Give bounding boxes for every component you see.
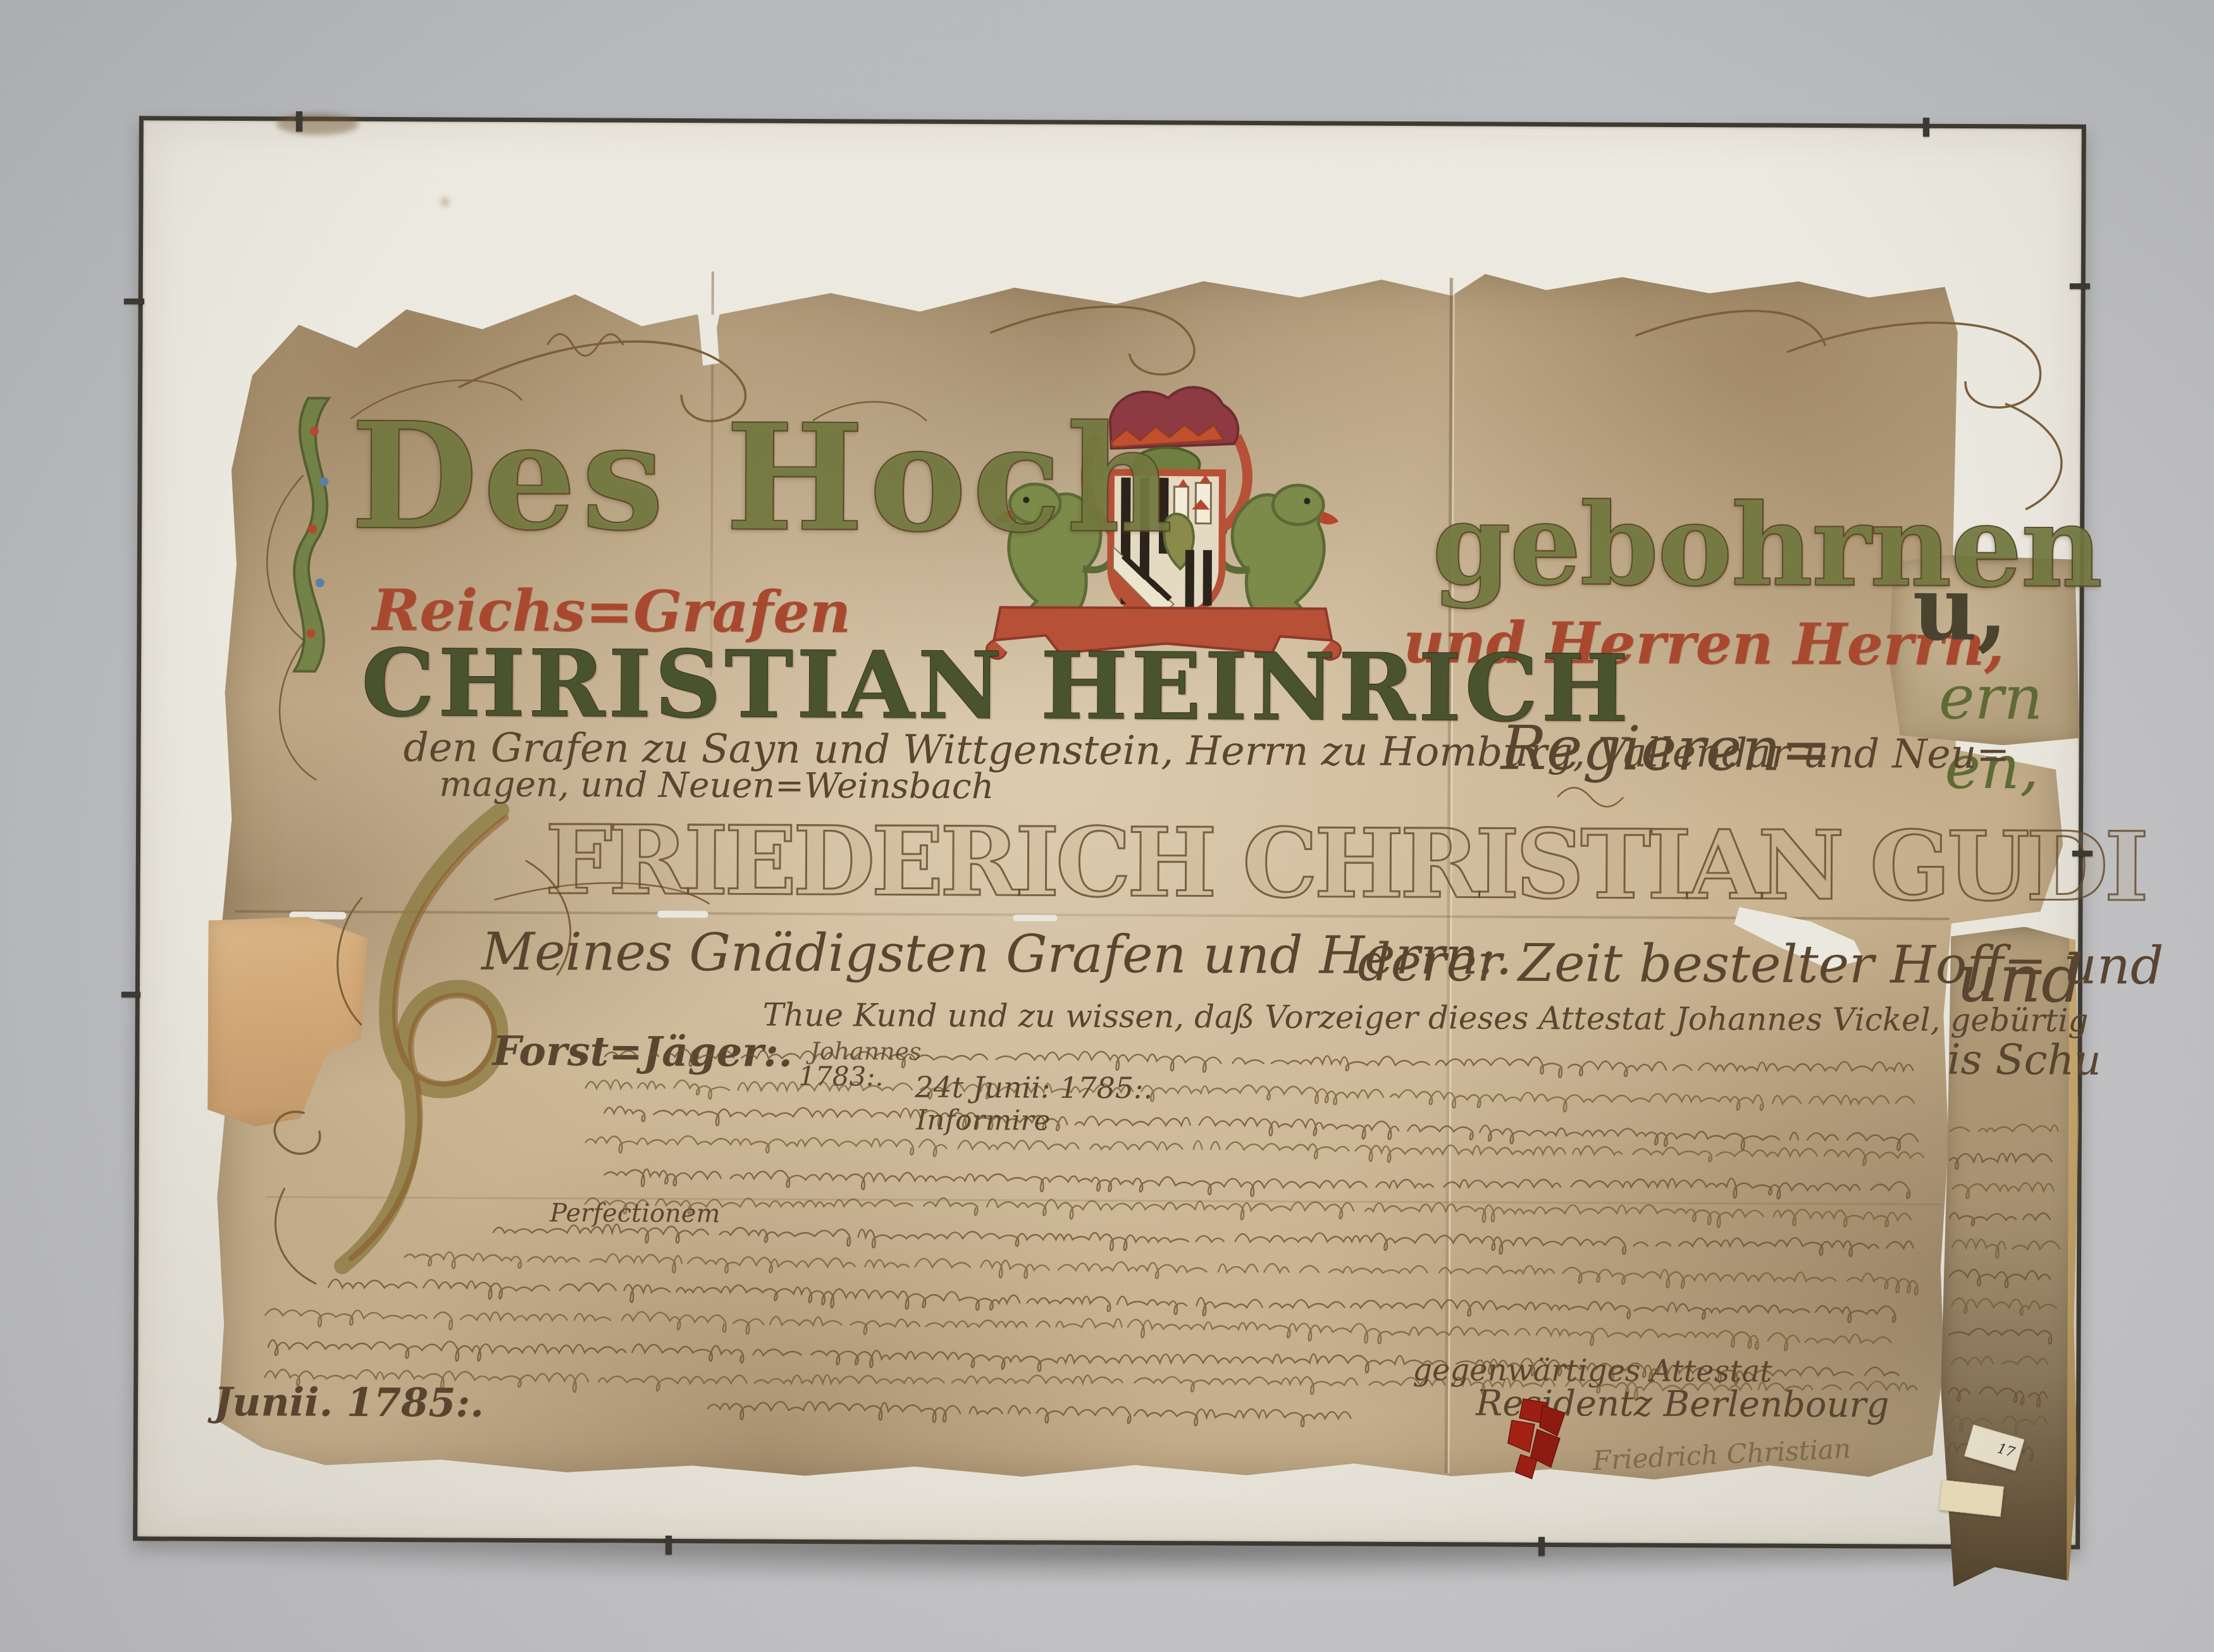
territories-line2: magen, und Neuen=Weinsbach: [439, 767, 994, 804]
illegible-script-row: [328, 1271, 1932, 1303]
illegible-script-row: [584, 1185, 1932, 1216]
photo-of-framed-document: Des Hoch gebohrnen Reichs=Grafen und Her…: [0, 0, 2214, 1652]
illegible-script-row: [1949, 1319, 2064, 1347]
title-line1-left: Des Hoch: [350, 403, 1178, 553]
body-fragment-informire: Informire: [916, 1107, 1051, 1135]
illegible-script-row: [1949, 1261, 2064, 1289]
illegible-script-row: [604, 1156, 1933, 1187]
certification-line: Thue Kund und zu wissen, daß Vorzeiger d…: [763, 999, 2089, 1037]
grantor-name-caps: FRIEDERICH CHRISTIAN GUDI: [545, 813, 2145, 915]
frame-clip-left: [121, 992, 140, 997]
illegible-script-row: [1951, 1173, 2063, 1202]
name-line-caps: CHRISTIAN HEINRICH: [361, 638, 1632, 736]
illegible-script-row: [1949, 1202, 2064, 1230]
frame-clip-bottom: [1538, 1537, 1545, 1556]
body-fragment-johannes: Johannes: [810, 1039, 921, 1064]
body-fragment-junii-1785: 24t Junii: 1785:.: [915, 1073, 1153, 1103]
illegible-script-row: [604, 1097, 1933, 1130]
illegible-script-row: [1951, 1348, 2062, 1376]
illegible-script-row: [585, 1126, 1933, 1158]
frame-clip-right: [2070, 283, 2090, 289]
fragment-text-und: und: [1957, 946, 2084, 1012]
wax-seal-fragments: [1504, 1399, 1574, 1482]
frame-clip-right: [2072, 851, 2093, 856]
illegible-script-row: [1948, 1377, 2063, 1405]
illegible-script-row: [1951, 1231, 2063, 1259]
illegible-script-row: [707, 1392, 1371, 1421]
fragment-text-u: u,: [1912, 565, 2008, 654]
fragment-text-schu: is Schu: [1947, 1039, 2101, 1082]
frame-clip-bottom: [665, 1536, 672, 1555]
illegible-script-row: [1950, 1115, 2065, 1143]
body-fragment-perfectionem: Perfectionem: [550, 1200, 720, 1226]
inventory-tag-number: 17: [1995, 1441, 2017, 1461]
frame-clip-top: [296, 111, 302, 132]
illegible-script-row: [1951, 1290, 2063, 1317]
frame-clip-top: [1923, 118, 1929, 137]
body-fragment-1783: 1783:.: [798, 1063, 884, 1090]
frame-clip-left: [124, 299, 144, 304]
illegible-script-row: [585, 1068, 1933, 1100]
illegible-script-row: [1951, 1406, 2051, 1434]
fragment-text-ern: ern: [1939, 667, 2043, 729]
body-fragment-closing: gegenwärtiges Attestat: [1413, 1355, 1772, 1386]
date-bottom-left: Junii. 1785:.: [214, 1383, 484, 1423]
clip-frame-with-mat: Des Hoch gebohrnen Reichs=Grafen und Her…: [133, 116, 2086, 1549]
illegible-script-row: [1950, 1144, 2065, 1172]
